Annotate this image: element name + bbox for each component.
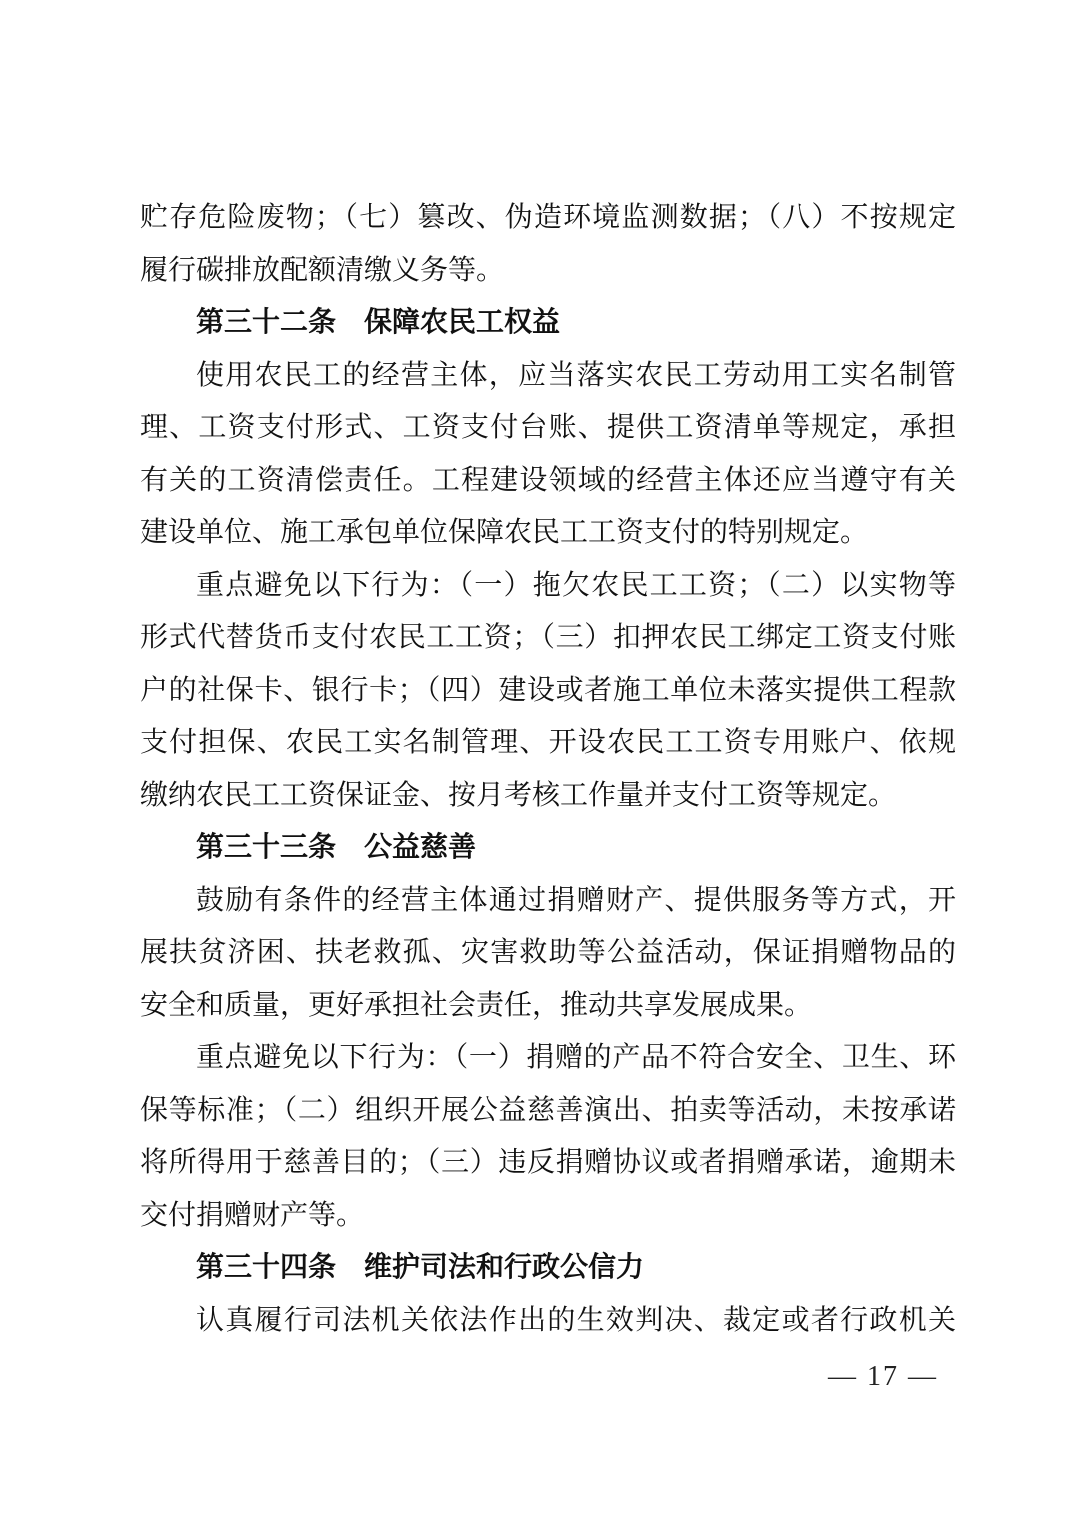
text-line: 保等标准；（二）组织开展公益慈善演出、拍卖等活动，未按承诺 <box>140 1084 956 1137</box>
article-heading-32: 第三十二条 保障农民工权益 <box>140 296 956 349</box>
text-line: 将所得用于慈善目的；（三）违反捐赠协议或者捐赠承诺，逾期未 <box>140 1136 956 1189</box>
text-line: 重点避免以下行为：（一）捐赠的产品不符合安全、卫生、环 <box>140 1031 956 1084</box>
text-line-paragraph-end: 缴纳农民工工资保证金、按月考核工作量并支付工资等规定。 <box>140 769 956 822</box>
text-line-paragraph-end: 建设单位、施工承包单位保障农民工工资支付的特别规定。 <box>140 506 956 559</box>
page-number: — 17 — <box>828 1362 938 1392</box>
text-line: 户的社保卡、银行卡；（四）建设或者施工单位未落实提供工程款 <box>140 664 956 717</box>
text-line: 贮存危险废物；（七）篡改、伪造环境监测数据；（八）不按规定 <box>140 191 956 244</box>
article-heading-33: 第三十三条 公益慈善 <box>140 821 956 874</box>
text-line-paragraph-end: 安全和质量，更好承担社会责任，推动共享发展成果。 <box>140 979 956 1032</box>
text-line-paragraph-end: 履行碳排放配额清缴义务等。 <box>140 244 956 297</box>
text-line: 展扶贫济困、扶老救孤、灾害救助等公益活动，保证捐赠物品的 <box>140 926 956 979</box>
text-line: 鼓励有条件的经营主体通过捐赠财产、提供服务等方式，开 <box>140 874 956 927</box>
text-line: 重点避免以下行为：（一）拖欠农民工工资；（二）以实物等 <box>140 559 956 612</box>
text-line-paragraph-end: 交付捐赠财产等。 <box>140 1189 956 1242</box>
article-heading-34: 第三十四条 维护司法和行政公信力 <box>140 1241 956 1294</box>
document-body: 贮存危险废物；（七）篡改、伪造环境监测数据；（八）不按规定 履行碳排放配额清缴义… <box>140 191 956 1346</box>
text-line: 使用农民工的经营主体，应当落实农民工劳动用工实名制管 <box>140 349 956 402</box>
text-line: 理、工资支付形式、工资支付台账、提供工资清单等规定，承担 <box>140 401 956 454</box>
document-page: 贮存危险废物；（七）篡改、伪造环境监测数据；（八）不按规定 履行碳排放配额清缴义… <box>0 0 1074 1520</box>
text-line: 有关的工资清偿责任。工程建设领域的经营主体还应当遵守有关 <box>140 454 956 507</box>
text-line: 支付担保、农民工实名制管理、开设农民工工资专用账户、依规 <box>140 716 956 769</box>
text-line: 形式代替货币支付农民工工资；（三）扣押农民工绑定工资支付账 <box>140 611 956 664</box>
text-line: 认真履行司法机关依法作出的生效判决、裁定或者行政机关 <box>140 1294 956 1347</box>
